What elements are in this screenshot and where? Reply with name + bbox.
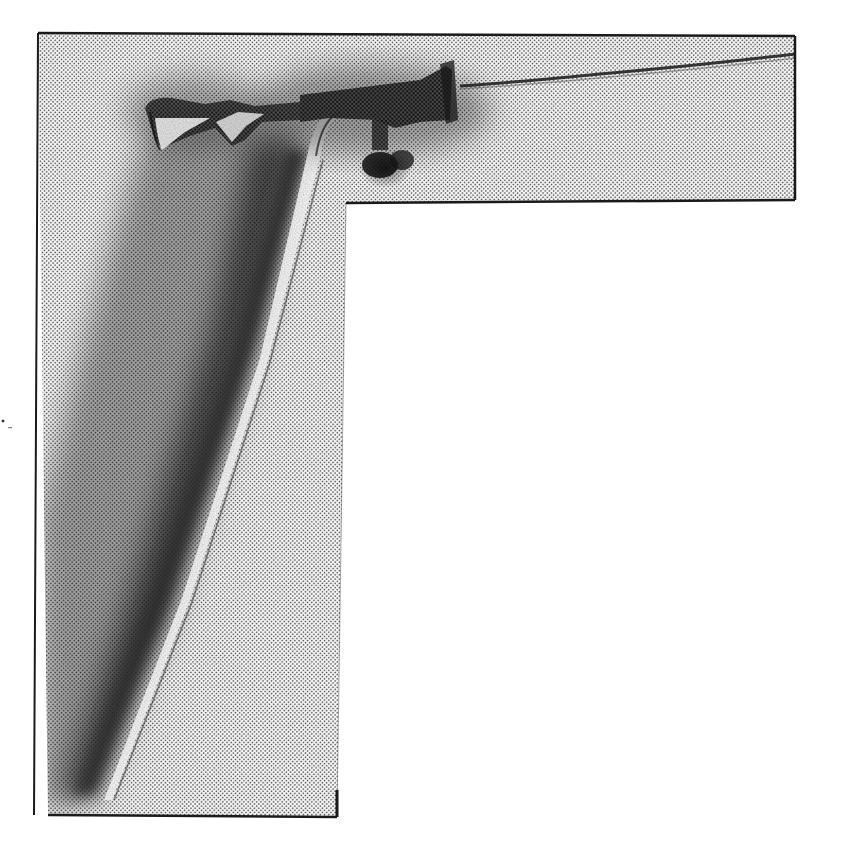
halftone-photograph	[0, 0, 847, 858]
photo-frame	[0, 0, 847, 858]
print-specks	[2, 420, 12, 429]
